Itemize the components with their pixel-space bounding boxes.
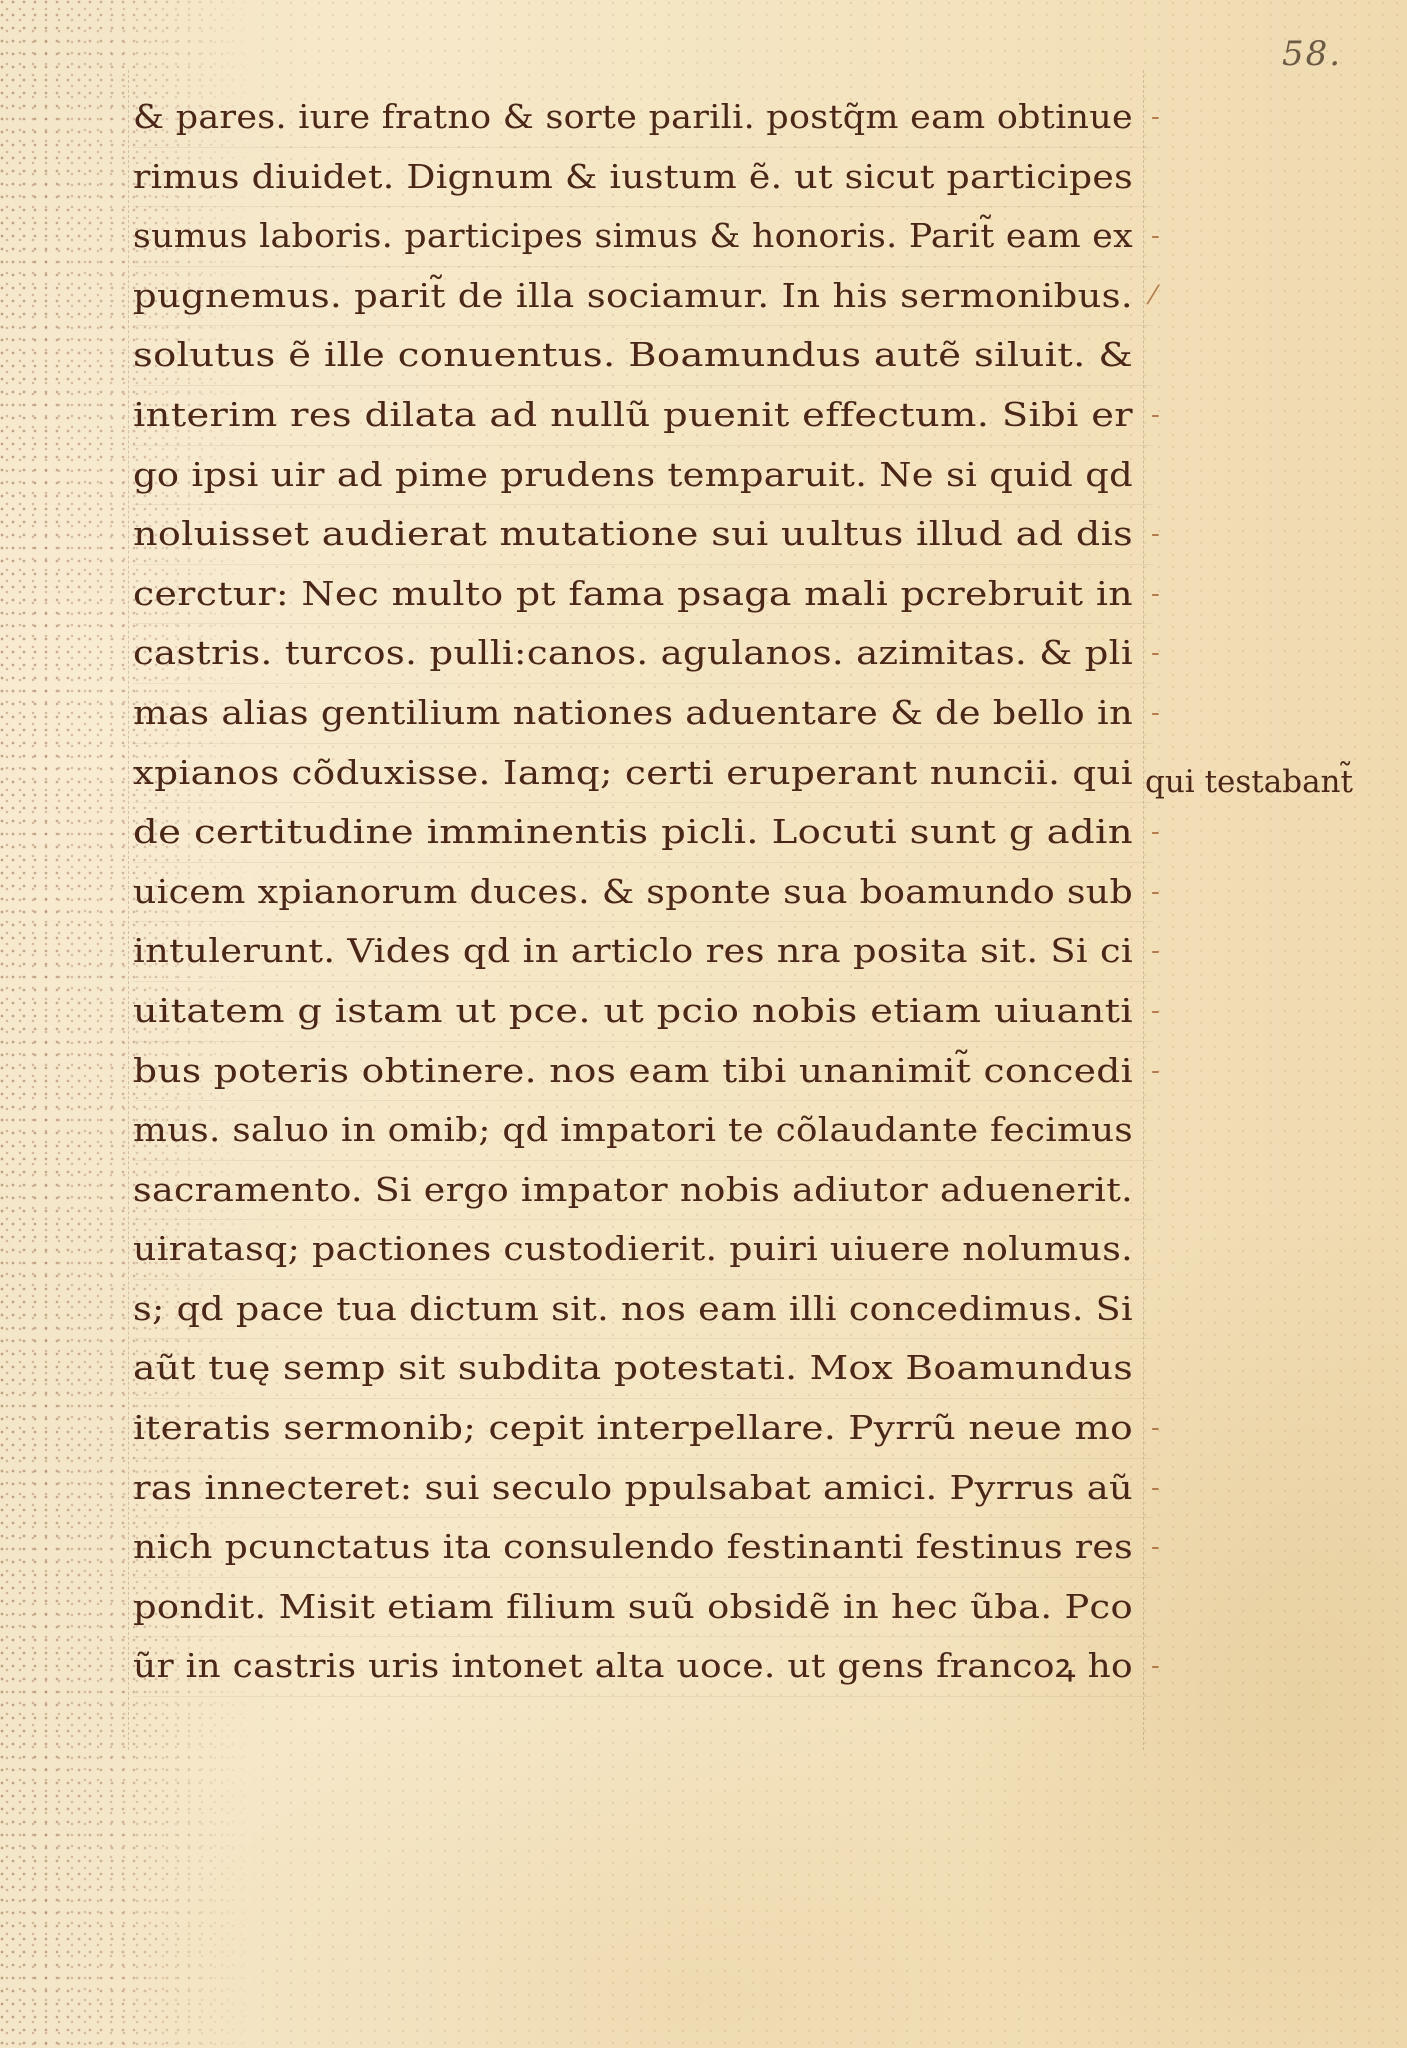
text-line: castris. turcos. pulli:canos. agulanos. … (133, 624, 1153, 684)
line-text: pugnemus. parit̃ de illa sociamur. In hi… (133, 267, 1133, 326)
line-text: de certitudine imminentis picli. Locuti … (133, 803, 1133, 862)
text-line: solutus ẽ ille conuentus. Boamundus autẽ… (133, 326, 1153, 386)
line-text: sacramento. Si ergo impator nobis adiuto… (133, 1161, 1133, 1220)
text-column: & pares. iure fratno & sorte parili. pos… (133, 88, 1153, 1697)
line-end-mark: - (1151, 684, 1160, 743)
line-text: sumus laboris. participes simus & honori… (133, 207, 1133, 266)
line-end-mark: - (1151, 803, 1160, 862)
line-end-mark: - (1151, 88, 1160, 147)
text-line: sumus laboris. participes simus & honori… (133, 207, 1153, 267)
text-line: cerctur: Nec multo pt fama psaga mali pc… (133, 565, 1153, 625)
line-end-mark: - (1151, 207, 1160, 266)
line-text: interim res dilata ad nullũ puenit effec… (133, 386, 1133, 445)
line-text: rimus diuidet. Dignum & iustum ẽ. ut sic… (133, 148, 1133, 207)
text-line: go ipsi uir ad pime prudens temparuit. N… (133, 446, 1153, 506)
text-line: noluisset audierat mutatione sui uultus … (133, 505, 1153, 565)
line-text: aũt tuę semp sit subdita potestati. Mox … (133, 1339, 1133, 1398)
text-line: ũr in castris uris intonet alta uoce. ut… (133, 1637, 1153, 1697)
text-line: uicem xpianorum duces. & sponte sua boam… (133, 863, 1153, 923)
line-text: bus poteris obtinere. nos eam tibi unani… (133, 1042, 1133, 1101)
line-text: uitatem g istam ut pce. ut pcio nobis et… (133, 982, 1133, 1041)
line-end-mark: - (1151, 1518, 1160, 1577)
text-line: uitatem g istam ut pce. ut pcio nobis et… (133, 982, 1153, 1042)
line-text: mus. saluo in omib; qd impatori te cõlau… (133, 1101, 1133, 1160)
line-end-mark: - (1151, 922, 1160, 981)
text-line: mus. saluo in omib; qd impatori te cõlau… (133, 1101, 1153, 1161)
line-end-mark: - (1151, 1399, 1160, 1458)
line-text: cerctur: Nec multo pt fama psaga mali pc… (133, 565, 1133, 624)
text-line: uiratasq; pactiones custodierit. puiri u… (133, 1220, 1153, 1280)
text-line: xpianos cõduxisse. Iamq; certi eruperant… (133, 744, 1153, 804)
text-line: pondit. Misit etiam filium suũ obsidẽ in… (133, 1578, 1153, 1638)
line-text: uicem xpianorum duces. & sponte sua boam… (133, 863, 1133, 922)
line-end-mark: - (1151, 1042, 1160, 1101)
line-end-mark: - (1151, 1459, 1160, 1518)
line-end-mark: - (1151, 624, 1160, 683)
line-text: intulerunt. Vides qd in articlo res nra … (133, 922, 1133, 981)
line-end-mark: - (1151, 863, 1160, 922)
line-text: nich pcunctatus ita consulendo festinant… (133, 1518, 1133, 1577)
text-line: pugnemus. parit̃ de illa sociamur. In hi… (133, 267, 1153, 327)
line-end-mark: - (1151, 565, 1160, 624)
line-end-mark: - (1151, 505, 1160, 564)
text-line: sacramento. Si ergo impator nobis adiuto… (133, 1161, 1153, 1221)
line-text: uiratasq; pactiones custodierit. puiri u… (133, 1220, 1133, 1279)
line-text: iteratis sermonib; cepit interpellare. P… (133, 1399, 1133, 1458)
ruling-left (128, 70, 129, 1750)
line-text: castris. turcos. pulli:canos. agulanos. … (133, 624, 1133, 683)
text-line: aũt tuę semp sit subdita potestati. Mox … (133, 1339, 1153, 1399)
line-text: s; qd pace tua dictum sit. nos eam illi … (133, 1280, 1133, 1339)
line-text: mas alias gentilium nationes aduentare &… (133, 684, 1133, 743)
text-line: & pares. iure fratno & sorte parili. pos… (133, 88, 1153, 148)
line-text: ras innecteret: sui seculo ppulsabat ami… (133, 1459, 1133, 1518)
text-line: interim res dilata ad nullũ puenit effec… (133, 386, 1153, 446)
text-line: ras innecteret: sui seculo ppulsabat ami… (133, 1459, 1153, 1519)
line-text: solutus ẽ ille conuentus. Boamundus autẽ… (133, 326, 1133, 385)
line-end-mark: ⁄ (1151, 267, 1156, 326)
line-text: & pares. iure fratno & sorte parili. pos… (133, 88, 1133, 147)
line-text: go ipsi uir ad pime prudens temparuit. N… (133, 446, 1133, 505)
line-text: pondit. Misit etiam filium suũ obsidẽ in… (133, 1578, 1133, 1637)
text-line: rimus diuidet. Dignum & iustum ẽ. ut sic… (133, 148, 1153, 208)
line-end-mark: - (1151, 982, 1160, 1041)
line-end-mark: - (1151, 1637, 1160, 1696)
marginal-gloss: qui testabant̃ (1145, 764, 1353, 800)
text-line: mas alias gentilium nationes aduentare &… (133, 684, 1153, 744)
line-text: xpianos cõduxisse. Iamq; certi eruperant… (133, 744, 1133, 803)
text-line: iteratis sermonib; cepit interpellare. P… (133, 1399, 1153, 1459)
text-line: de certitudine imminentis picli. Locuti … (133, 803, 1153, 863)
folio-number: 58. (1282, 34, 1342, 74)
text-line: intulerunt. Vides qd in articlo res nra … (133, 922, 1153, 982)
line-text: ũr in castris uris intonet alta uoce. ut… (133, 1637, 1133, 1696)
text-line: s; qd pace tua dictum sit. nos eam illi … (133, 1280, 1153, 1340)
text-line: nich pcunctatus ita consulendo festinant… (133, 1518, 1153, 1578)
manuscript-folio: 58. & pares. iure fratno & sorte parili.… (0, 0, 1407, 2048)
text-line: bus poteris obtinere. nos eam tibi unani… (133, 1042, 1153, 1102)
line-text: noluisset audierat mutatione sui uultus … (133, 505, 1133, 564)
line-end-mark: - (1151, 386, 1160, 445)
